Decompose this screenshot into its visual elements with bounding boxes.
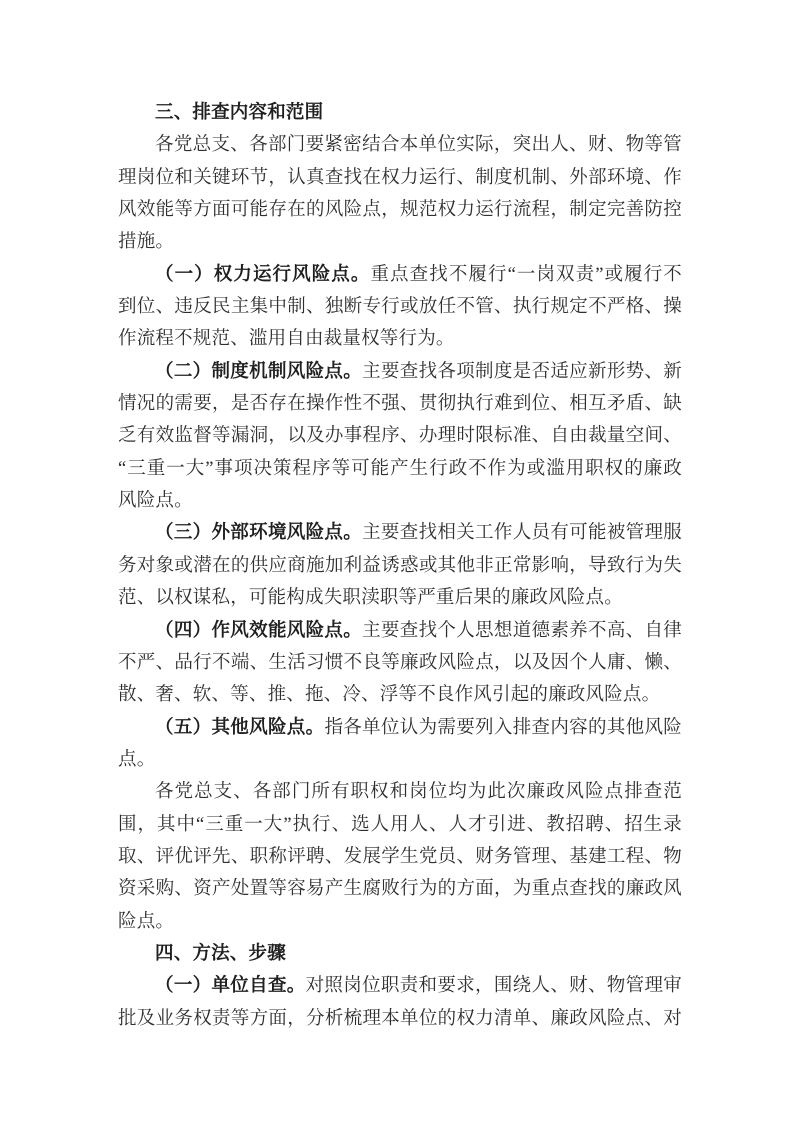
text-line: 散、奢、软、等、推、拖、冷、浮等不良作风引起的廉政风险点。 (118, 679, 682, 711)
text-line: 乏有效监督等漏洞，以及办事程序、办理时限标准、自由裁量空间、 (118, 420, 682, 452)
text-line: 点。 (118, 744, 682, 776)
text-line: 务对象或潜在的供应商施加利益诱惑或其他非正常影响，导致行为失 (118, 550, 682, 582)
bold-text: （二）制度机制风险点。 (155, 362, 362, 382)
body-text: 主要查找相关工作人员有可能被管理服 (362, 523, 682, 543)
text-line: （一）权力运行风险点。重点查找不履行“一岗双责”或履行不 (118, 259, 682, 291)
text-line: 范、以权谋私，可能构成失职渎职等严重后果的廉政风险点。 (118, 582, 682, 614)
bold-text: （四）作风效能风险点。 (155, 621, 362, 641)
text-line: 措施。 (118, 226, 682, 258)
heading-line: 四、方法、步骤 (118, 938, 682, 970)
body-text: 理岗位和关键环节，认真查找在权力运行、制度机制、外部环境、作 (118, 168, 682, 188)
text-line: 各党总支、各部门要紧密结合本单位实际，突出人、财、物等管 (118, 129, 682, 161)
bold-text: 三、排查内容和范围 (155, 103, 323, 123)
text-line: 风险点。 (118, 485, 682, 517)
body-text: 各党总支、各部门所有职权和岗位均为此次廉政风险点排查范 (155, 782, 682, 802)
text-line: （二）制度机制风险点。主要查找各项制度是否适应新形势、新 (118, 356, 682, 388)
body-text: 风效能等方面可能存在的风险点，规范权力运行流程，制定完善防控 (118, 200, 682, 220)
body-text: 取、评优评先、职称评聘、发展学生党员、财务管理、基建工程、物 (118, 847, 682, 867)
bold-text: （一）权力运行风险点。 (155, 265, 370, 285)
body-text: “三重一大”事项决策程序等可能产生行政不作为或滥用职权的廉政 (118, 459, 682, 479)
body-text: 风险点。 (118, 491, 193, 511)
text-line: （四）作风效能风险点。主要查找个人思想道德素养不高、自律 (118, 615, 682, 647)
bold-text: （三）外部环境风险点。 (155, 523, 362, 543)
bold-text: （五）其他风险点。 (155, 718, 324, 738)
body-text: 各党总支、各部门要紧密结合本单位实际，突出人、财、物等管 (155, 135, 682, 155)
text-line: 取、评优评先、职称评聘、发展学生党员、财务管理、基建工程、物 (118, 841, 682, 873)
text-line: （三）外部环境风险点。主要查找相关工作人员有可能被管理服 (118, 517, 682, 549)
text-line: 资采购、资产处置等容易产生腐败行为的方面，为重点查找的廉政风 (118, 873, 682, 905)
text-line: 险点。 (118, 906, 682, 938)
body-text: 乏有效监督等漏洞，以及办事程序、办理时限标准、自由裁量空间、 (118, 426, 682, 446)
text-line: 不严、品行不端、生活习惯不良等廉政风险点，以及因个人庸、懒、 (118, 647, 682, 679)
text-line: 围，其中“三重一大”执行、选人用人、人才引进、教招聘、招生录 (118, 809, 682, 841)
body-text: 到位、违反民主集中制、独断专行或放任不管、执行规定不严格、操 (118, 297, 682, 317)
body-text: 作流程不规范、滥用自由裁量权等行为。 (118, 329, 455, 349)
text-line: 到位、违反民主集中制、独断专行或放任不管、执行规定不严格、操 (118, 291, 682, 323)
bold-text: 四、方法、步骤 (155, 944, 286, 964)
body-text: 围，其中“三重一大”执行、选人用人、人才引进、教招聘、招生录 (118, 815, 682, 835)
text-line: 理岗位和关键环节，认真查找在权力运行、制度机制、外部环境、作 (118, 162, 682, 194)
body-text: 主要查找各项制度是否适应新形势、新 (362, 362, 682, 382)
text-line: “三重一大”事项决策程序等可能产生行政不作为或滥用职权的廉政 (118, 453, 682, 485)
body-text: 情况的需要，是否存在操作性不强、贯彻执行难到位、相互矛盾、缺 (118, 394, 682, 414)
body-text: 资采购、资产处置等容易产生腐败行为的方面，为重点查找的廉政风 (118, 879, 682, 899)
document-page: 三、排查内容和范围各党总支、各部门要紧密结合本单位实际，突出人、财、物等管理岗位… (0, 0, 799, 1131)
body-text: 点。 (118, 750, 155, 770)
body-text: 散、奢、软、等、推、拖、冷、浮等不良作风引起的廉政风险点。 (118, 685, 660, 705)
text-line: 作流程不规范、滥用自由裁量权等行为。 (118, 323, 682, 355)
heading-line: 三、排查内容和范围 (118, 97, 682, 129)
text-line: （五）其他风险点。指各单位认为需要列入排查内容的其他风险 (118, 712, 682, 744)
text-line: 批及业务权责等方面，分析梳理本单位的权力清单、廉政风险点、对 (118, 1003, 682, 1035)
bold-text: （一）单位自查。 (155, 976, 306, 996)
text-line: 各党总支、各部门所有职权和岗位均为此次廉政风险点排查范 (118, 776, 682, 808)
document-content: 三、排查内容和范围各党总支、各部门要紧密结合本单位实际，突出人、财、物等管理岗位… (118, 97, 682, 1035)
text-line: 风效能等方面可能存在的风险点，规范权力运行流程，制定完善防控 (118, 194, 682, 226)
text-line: （一）单位自查。对照岗位职责和要求，围绕人、财、物管理审 (118, 970, 682, 1002)
body-text: 重点查找不履行“一岗双责”或履行不 (370, 265, 682, 285)
text-line: 情况的需要，是否存在操作性不强、贯彻执行难到位、相互矛盾、缺 (118, 388, 682, 420)
body-text: 指各单位认为需要列入排查内容的其他风险 (324, 718, 682, 738)
body-text: 务对象或潜在的供应商施加利益诱惑或其他非正常影响，导致行为失 (118, 556, 682, 576)
body-text: 对照岗位职责和要求，围绕人、财、物管理审 (306, 976, 682, 996)
body-text: 范、以权谋私，可能构成失职渎职等严重后果的廉政风险点。 (118, 588, 623, 608)
body-text: 险点。 (118, 912, 174, 932)
body-text: 措施。 (118, 232, 174, 252)
body-text: 不严、品行不端、生活习惯不良等廉政风险点，以及因个人庸、懒、 (118, 653, 682, 673)
body-text: 主要查找个人思想道德素养不高、自律 (362, 621, 682, 641)
body-text: 批及业务权责等方面，分析梳理本单位的权力清单、廉政风险点、对 (118, 1009, 682, 1029)
